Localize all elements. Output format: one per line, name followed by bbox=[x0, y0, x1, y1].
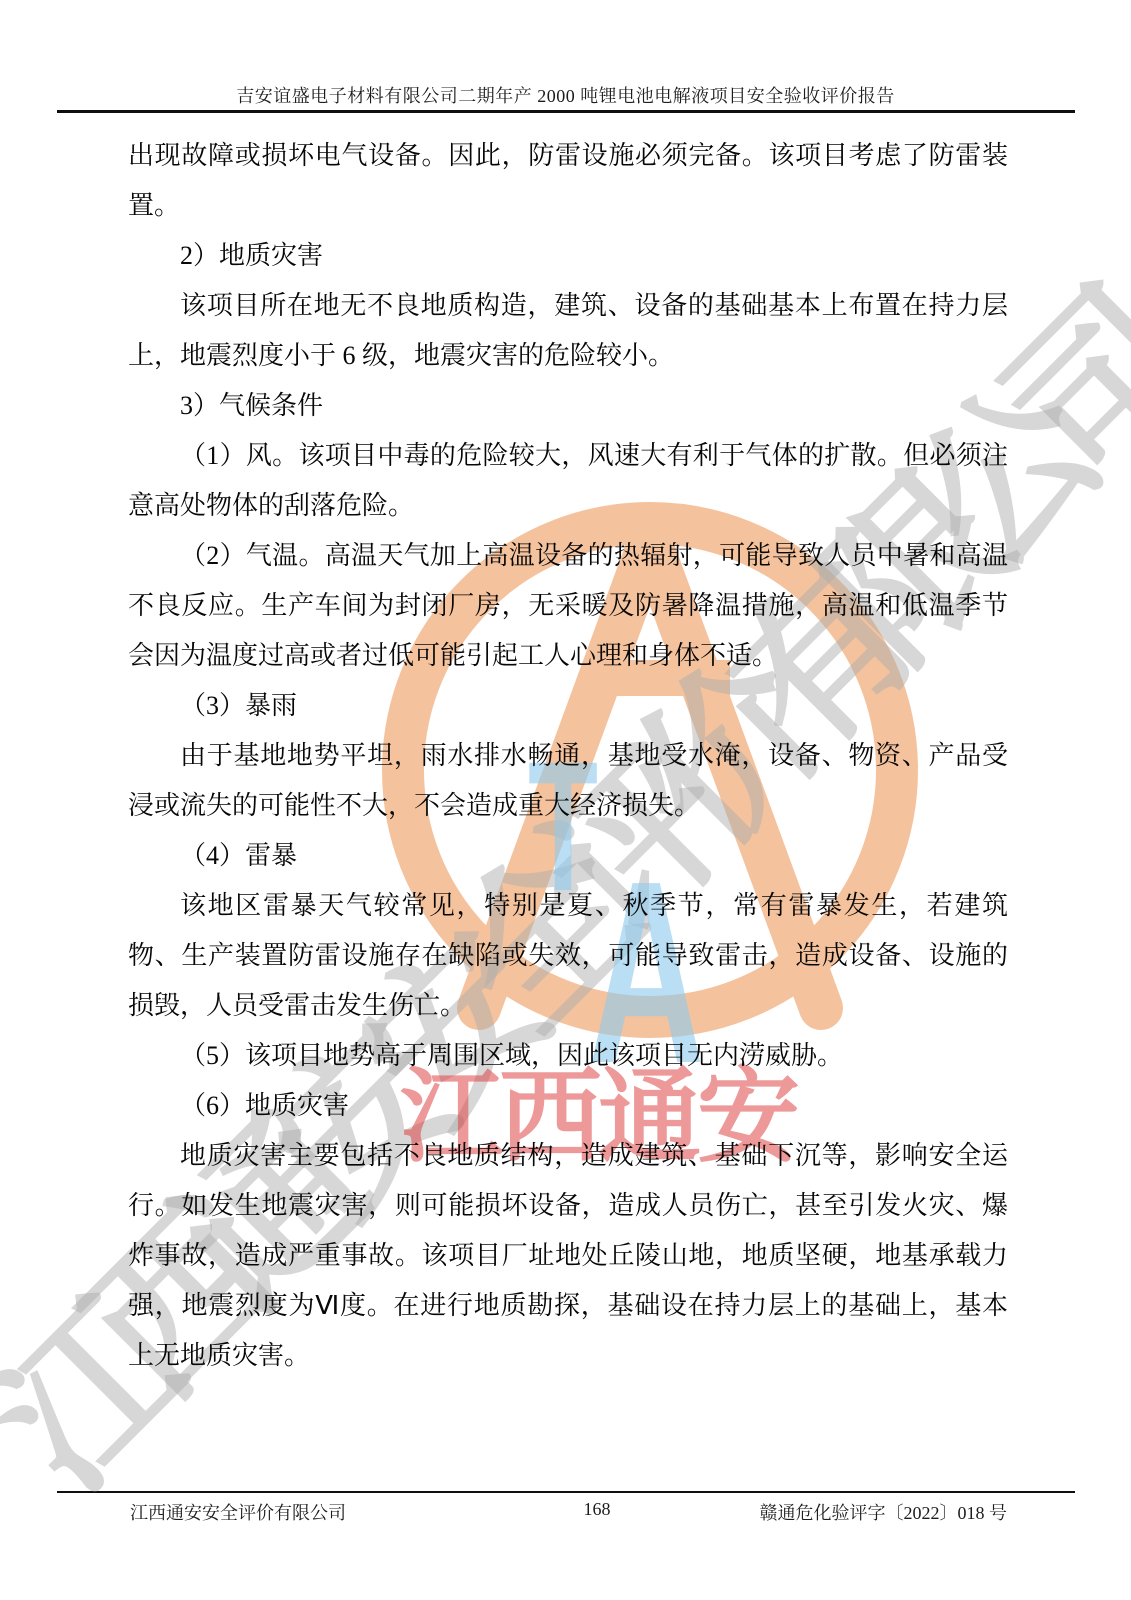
paragraph: 地质灾害主要包括不良地质结构，造成建筑、基础下沉等，影响安全运行。如发生地震灾害… bbox=[128, 1131, 1008, 1381]
paragraph: 3）气候条件 bbox=[128, 381, 1008, 431]
paragraph: 该地区雷暴天气较常见，特别是夏、秋季节，常有雷暴发生，若建筑物、生产装置防雷设施… bbox=[128, 881, 1008, 1031]
paragraph: （3）暴雨 bbox=[128, 681, 1008, 731]
paragraph: 2）地质灾害 bbox=[128, 231, 1008, 281]
paragraph: （1）风。该项目中毒的危险较大，风速大有利于气体的扩散。但必须注意高处物体的刮落… bbox=[128, 431, 1008, 531]
body-paragraphs: 出现故障或损坏电气设备。因此，防雷设施必须完备。该项目考虑了防雷装置。2）地质灾… bbox=[128, 131, 1008, 1381]
paragraph: （6）地质灾害 bbox=[128, 1081, 1008, 1131]
paragraph: 出现故障或损坏电气设备。因此，防雷设施必须完备。该项目考虑了防雷装置。 bbox=[128, 131, 1008, 231]
paragraph: 该项目所在地无不良地质构造，建筑、设备的基础基本上布置在持力层上，地震烈度小于 … bbox=[128, 281, 1008, 381]
paragraph: （5）该项目地势高于周围区域，因此该项目无内涝威胁。 bbox=[128, 1031, 1008, 1081]
paragraph: （2）气温。高温天气加上高温设备的热辐射，可能导致人员中暑和高温不良反应。生产车… bbox=[128, 531, 1008, 681]
paragraph: 由于基地地势平坦，雨水排水畅通，基地受水淹，设备、物资、产品受浸或流失的可能性不… bbox=[128, 731, 1008, 831]
document-page: 江西通安安全评价有限公司 T A 江西通安 吉安谊盛电子材料有限公司二期年产 2… bbox=[0, 0, 1131, 1600]
paragraph: （4）雷暴 bbox=[128, 831, 1008, 881]
